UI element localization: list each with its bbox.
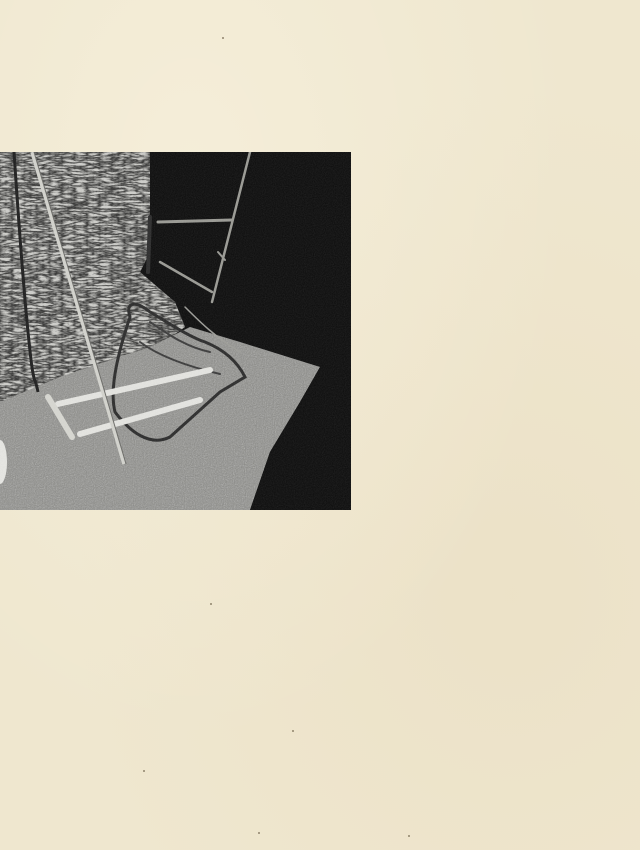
paper-speck xyxy=(258,832,260,834)
paper-speck xyxy=(143,770,145,772)
photograph-image xyxy=(0,152,351,510)
paper-speck xyxy=(408,835,410,837)
scanned-page xyxy=(0,0,640,850)
paper-speck xyxy=(222,37,224,39)
paper-speck xyxy=(292,730,294,732)
photograph xyxy=(0,152,351,510)
paper-speck xyxy=(210,603,212,605)
